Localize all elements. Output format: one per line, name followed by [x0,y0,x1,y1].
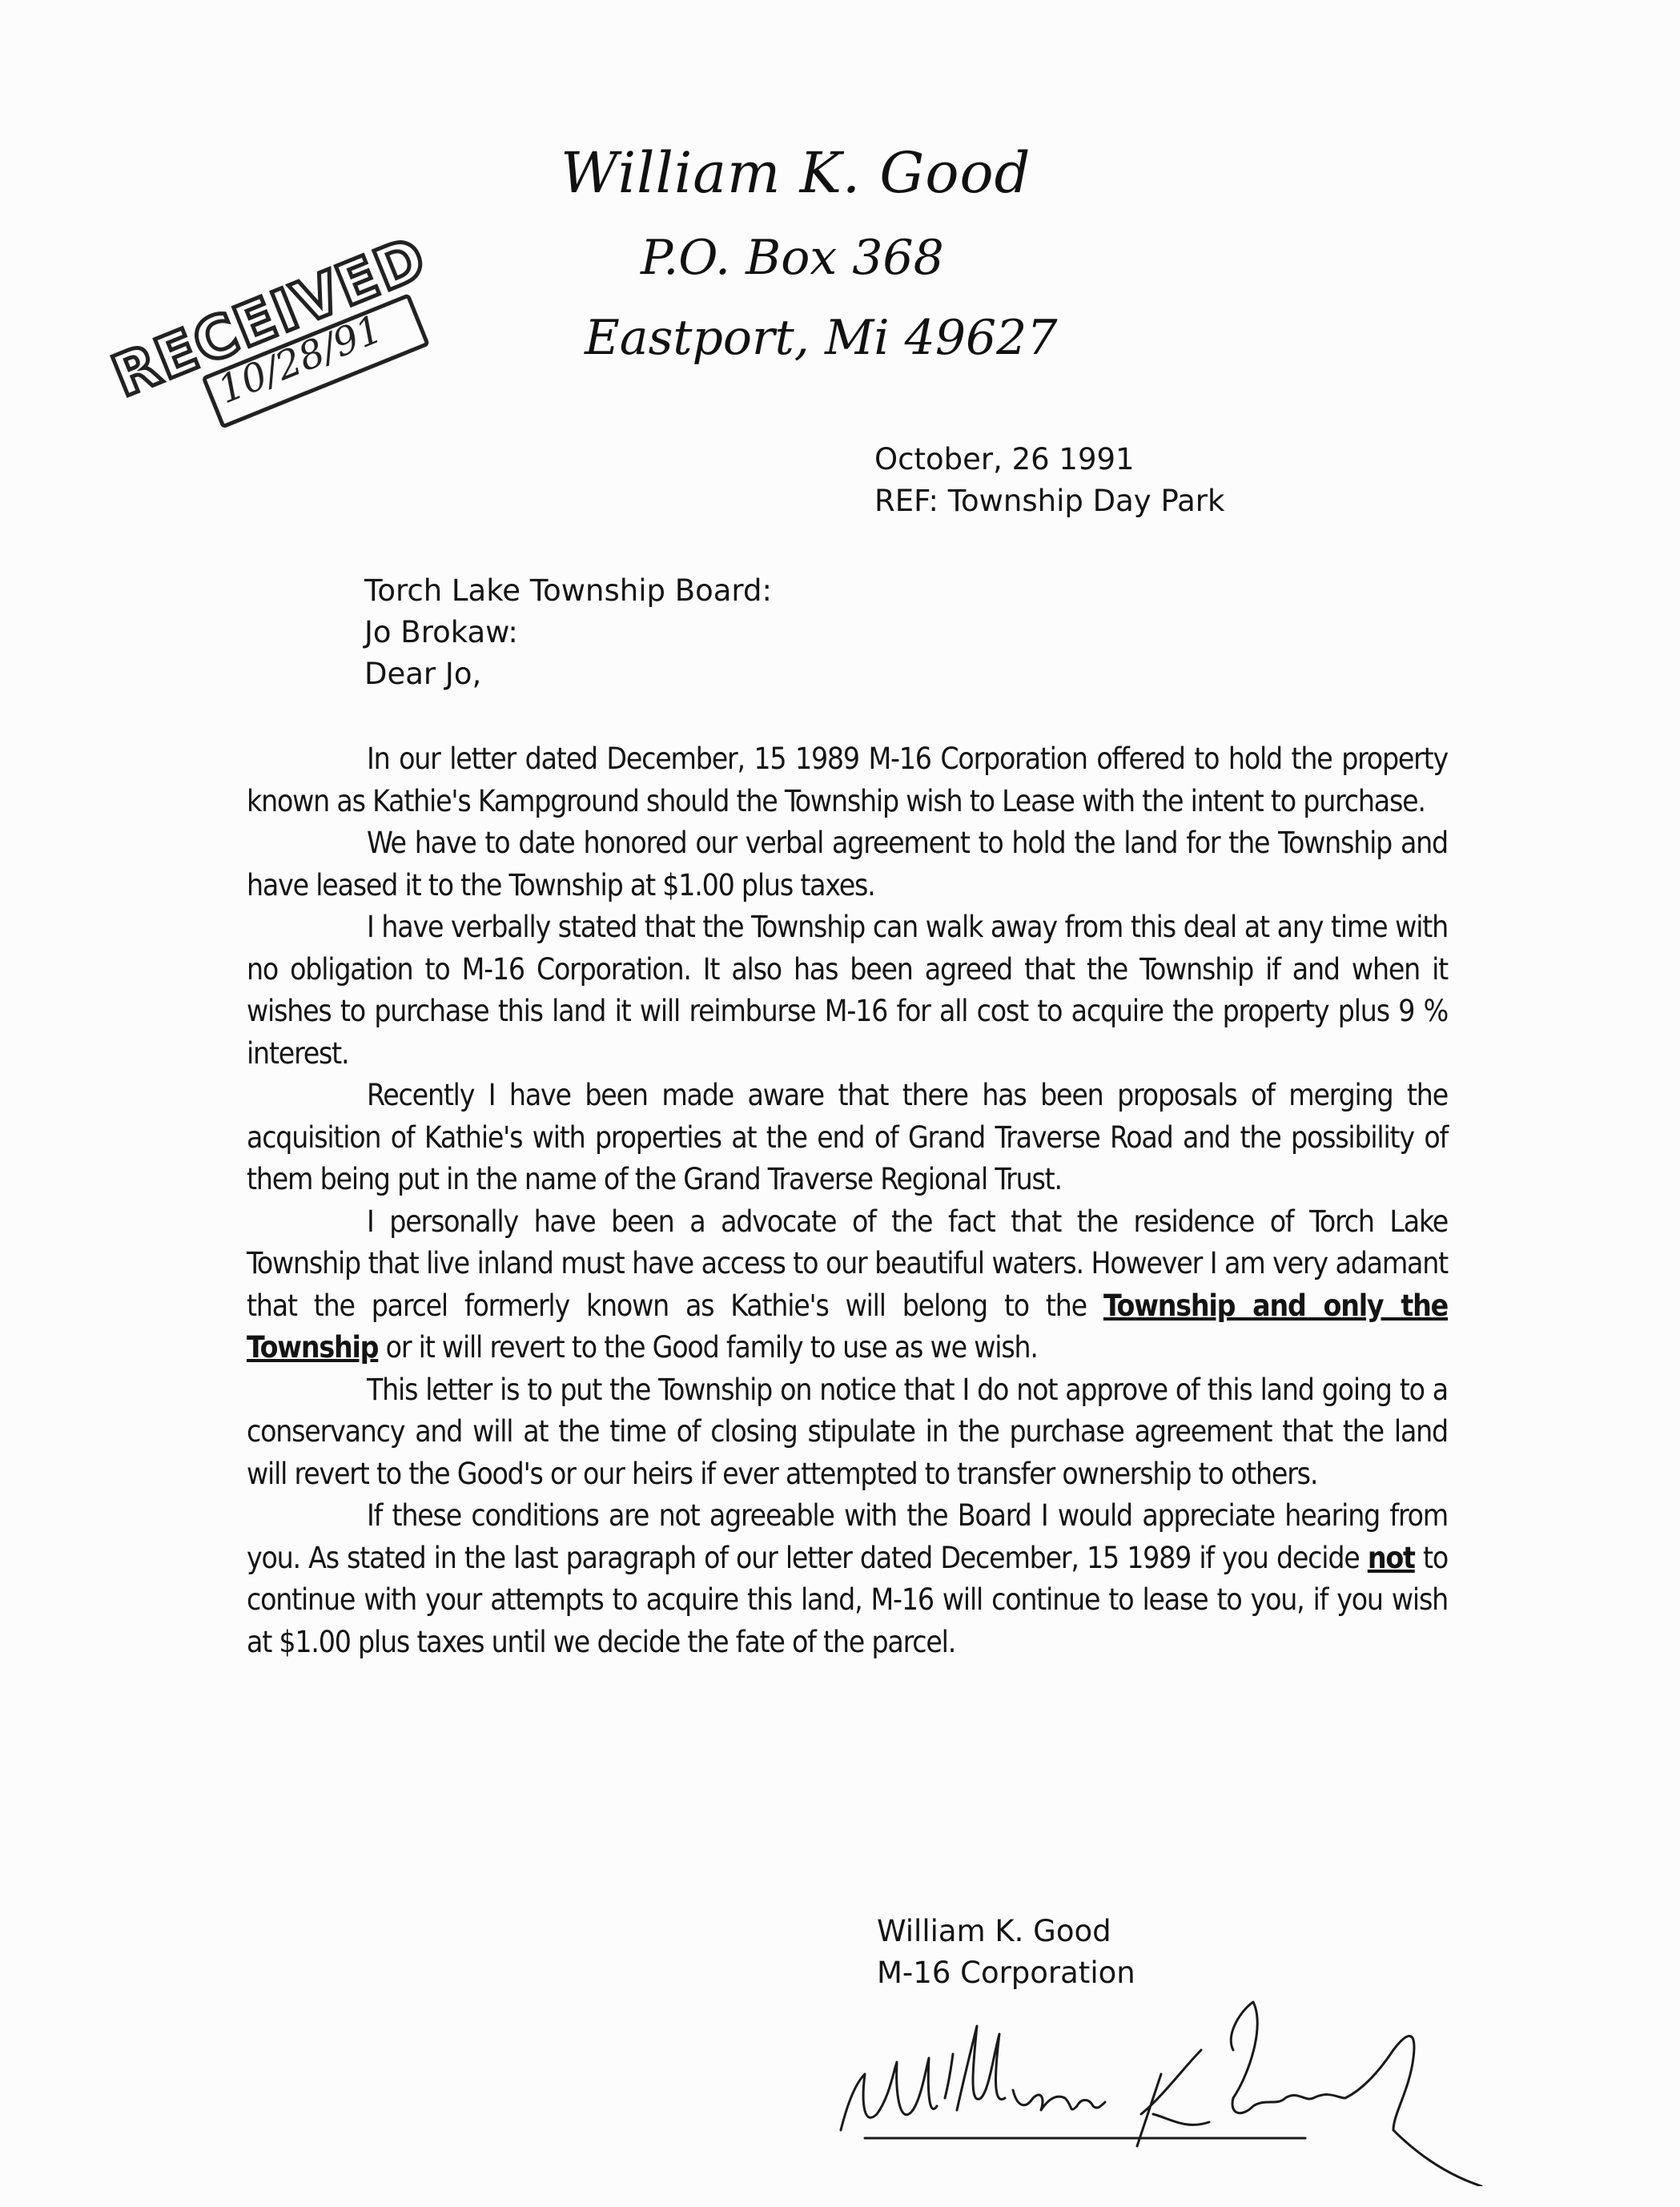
recipient-board: Torch Lake Township Board: [364,570,772,612]
closing-name: William K. Good [877,1911,1135,1952]
letterhead-city: Eastport, Mi 49627 [585,310,1058,366]
paragraph-4: Recently I have been made aware that the… [247,1075,1448,1201]
paragraph-3: I have verbally stated that the Township… [247,907,1448,1075]
letterhead-po-box: P.O. Box 368 [641,230,944,286]
letterhead-name: William K. Good [561,140,1031,206]
paragraph-1: In our letter dated December, 15 1989 M-… [247,738,1448,822]
recipient-name: Jo Brokaw: [364,612,772,653]
paragraph-5: I personally have been a advocate of the… [247,1201,1448,1369]
handwritten-signature [817,1978,1505,2186]
paragraph-7: If these conditions are not agreeable wi… [247,1495,1448,1663]
received-stamp: RECEIVED 10/28/91 [76,183,485,472]
salutation: Torch Lake Township Board: Jo Brokaw: De… [364,570,772,695]
letter-body: In our letter dated December, 15 1989 M-… [247,738,1448,1663]
letter-date: October, 26 1991 [874,439,1224,480]
emphasis-not: not [1368,1541,1415,1575]
paragraph-5-tail: or it will revert to the Good family to … [386,1330,1038,1365]
paragraph-2: We have to date honored our verbal agree… [247,822,1448,907]
letter-page: William K. Good P.O. Box 368 Eastport, M… [0,0,1680,2207]
paragraph-6: This letter is to put the Township on no… [247,1369,1448,1496]
letter-reference: REF: Township Day Park [874,480,1224,522]
paragraph-7-text: If these conditions are not agreeable wi… [247,1498,1448,1575]
greeting: Dear Jo, [364,653,772,695]
date-block: October, 26 1991 REF: Township Day Park [874,439,1224,522]
